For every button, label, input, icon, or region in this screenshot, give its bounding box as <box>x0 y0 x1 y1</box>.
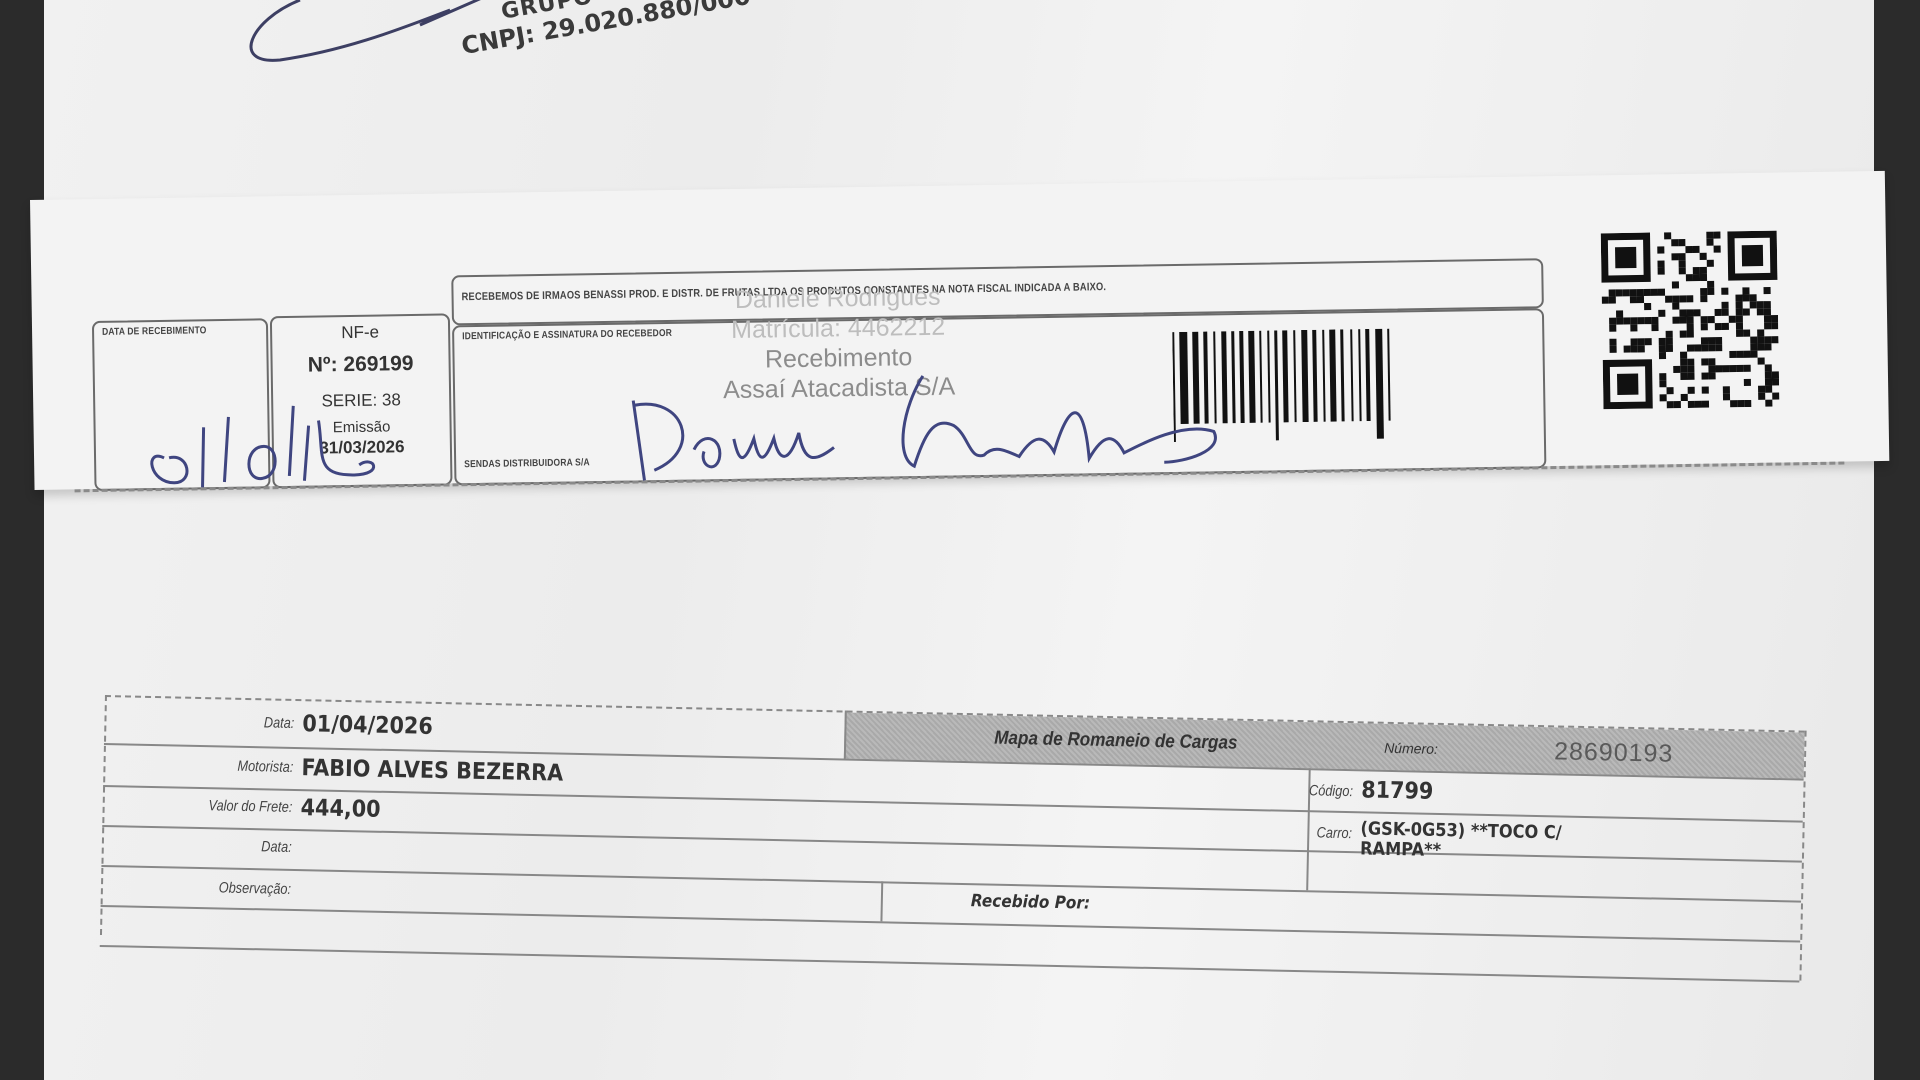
motorista-value: FABIO ALVES BEZERRA <box>301 755 563 786</box>
data-value: 01/04/2026 <box>302 711 433 740</box>
recebido-label: Recebido Por: <box>971 891 1091 913</box>
motorista-label: Motorista: <box>237 758 293 776</box>
recipient-label: SENDAS DISTRIBUIDORA S/A <box>464 457 590 470</box>
data-label: Data: <box>264 714 295 732</box>
carro-line-2: RAMPA** <box>1360 839 1562 863</box>
frete-label: Valor do Frete: <box>209 797 293 816</box>
receipt-strip: DATA DE RECEBIMENTO NF-e Nº: 269199 SERI… <box>30 171 1889 490</box>
handwritten-signature <box>623 361 1275 491</box>
stamp-name: Daniele Rodrigues <box>721 282 954 316</box>
manifest-title: Mapa de Romaneio de Cargas <box>994 728 1238 755</box>
nfe-number: Nº: 269199 <box>272 351 448 378</box>
carro-value: (GSK-0G53) **TOCO C/ RAMPA** <box>1360 819 1562 863</box>
identification-label: IDENTIFICAÇÃO E ASSINATURA DO RECEBEDOR <box>462 328 672 342</box>
nfe-title: NF-e <box>272 321 448 344</box>
data2-label: Data: <box>261 838 292 856</box>
codigo-value: 81799 <box>1361 777 1434 805</box>
numero-label: Número: <box>1384 740 1438 757</box>
carro-label: Carro: <box>1317 824 1353 842</box>
col-divider <box>880 881 883 921</box>
numero-value: 28690193 <box>1554 737 1674 768</box>
cargo-manifest-table: Mapa de Romaneio de Cargas Número: 28690… <box>99 695 1804 1001</box>
observacao-label: Observação: <box>219 879 292 898</box>
qr-code-icon <box>1601 231 1780 410</box>
receipt-date-label: DATA DE RECEBIMENTO <box>102 325 207 338</box>
codigo-label: Código: <box>1309 782 1353 800</box>
row-divider <box>101 865 1801 903</box>
stamp-registration: Matrícula: 4462212 <box>722 312 955 346</box>
row-divider <box>101 905 1801 943</box>
handwritten-date <box>143 384 445 499</box>
frete-value: 444,00 <box>300 795 380 823</box>
